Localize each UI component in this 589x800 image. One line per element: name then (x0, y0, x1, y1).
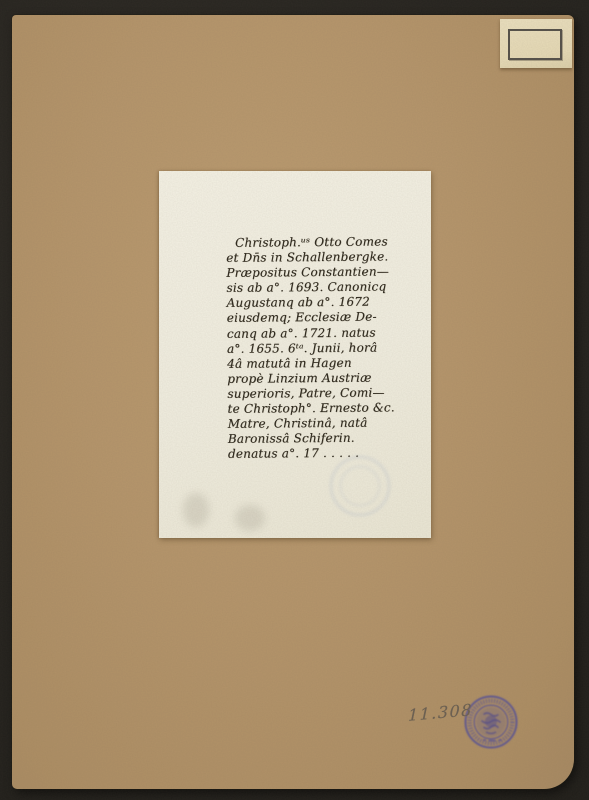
manuscript-line: Præpositus Constantien— (226, 264, 422, 281)
manuscript-note-paper: Christoph.ᵘˢ Otto Comes et Dn̄s in Schal… (159, 171, 431, 538)
manuscript-line: 4â matutâ in Hagen (227, 355, 423, 372)
manuscript-line: a°. 1655. 6ᵗᵃ. Junii, horâ (227, 340, 423, 357)
manuscript-line: superioris, Patre, Comi— (227, 385, 423, 402)
faint-stamp-inner-ring (340, 466, 380, 506)
manuscript-line: Augustanq ab a°. 1672 (227, 295, 423, 312)
faint-stamp-impression (330, 456, 390, 516)
manuscript-line: Matre, Christinâ, natâ (228, 415, 424, 432)
manuscript-line: Christoph.ᵘˢ Otto Comes (226, 234, 422, 251)
manuscript-line: canq ab a°. 1721. natus (227, 325, 423, 342)
scanned-document: Christoph.ᵘˢ Otto Comes et Dn̄s in Schal… (0, 0, 589, 800)
manuscript-line: eiusdemq; Ecclesiæ De- (227, 310, 423, 327)
label-frame (508, 29, 562, 60)
manuscript-line: sis ab a°. 1693. Canonicq (226, 279, 422, 296)
manuscript-line: Baronissâ Schiferin. (228, 430, 424, 447)
manuscript-line: et Dn̄s in Schallenbergke. (226, 249, 422, 266)
manuscript-line: te Christoph°. Ernesto &c. (227, 400, 423, 417)
paper-smudge (235, 505, 265, 531)
cardboard-mount: Christoph.ᵘˢ Otto Comes et Dn̄s in Schal… (12, 15, 574, 789)
manuscript-text: Christoph.ᵘˢ Otto Comes et Dn̄s in Schal… (226, 234, 424, 462)
manuscript-line: propè Linzium Austriæ (227, 370, 423, 387)
paper-smudge (183, 493, 209, 527)
blank-corner-label (500, 19, 572, 68)
manuscript-line: denatus a°. 17 . . . . . (228, 445, 424, 462)
